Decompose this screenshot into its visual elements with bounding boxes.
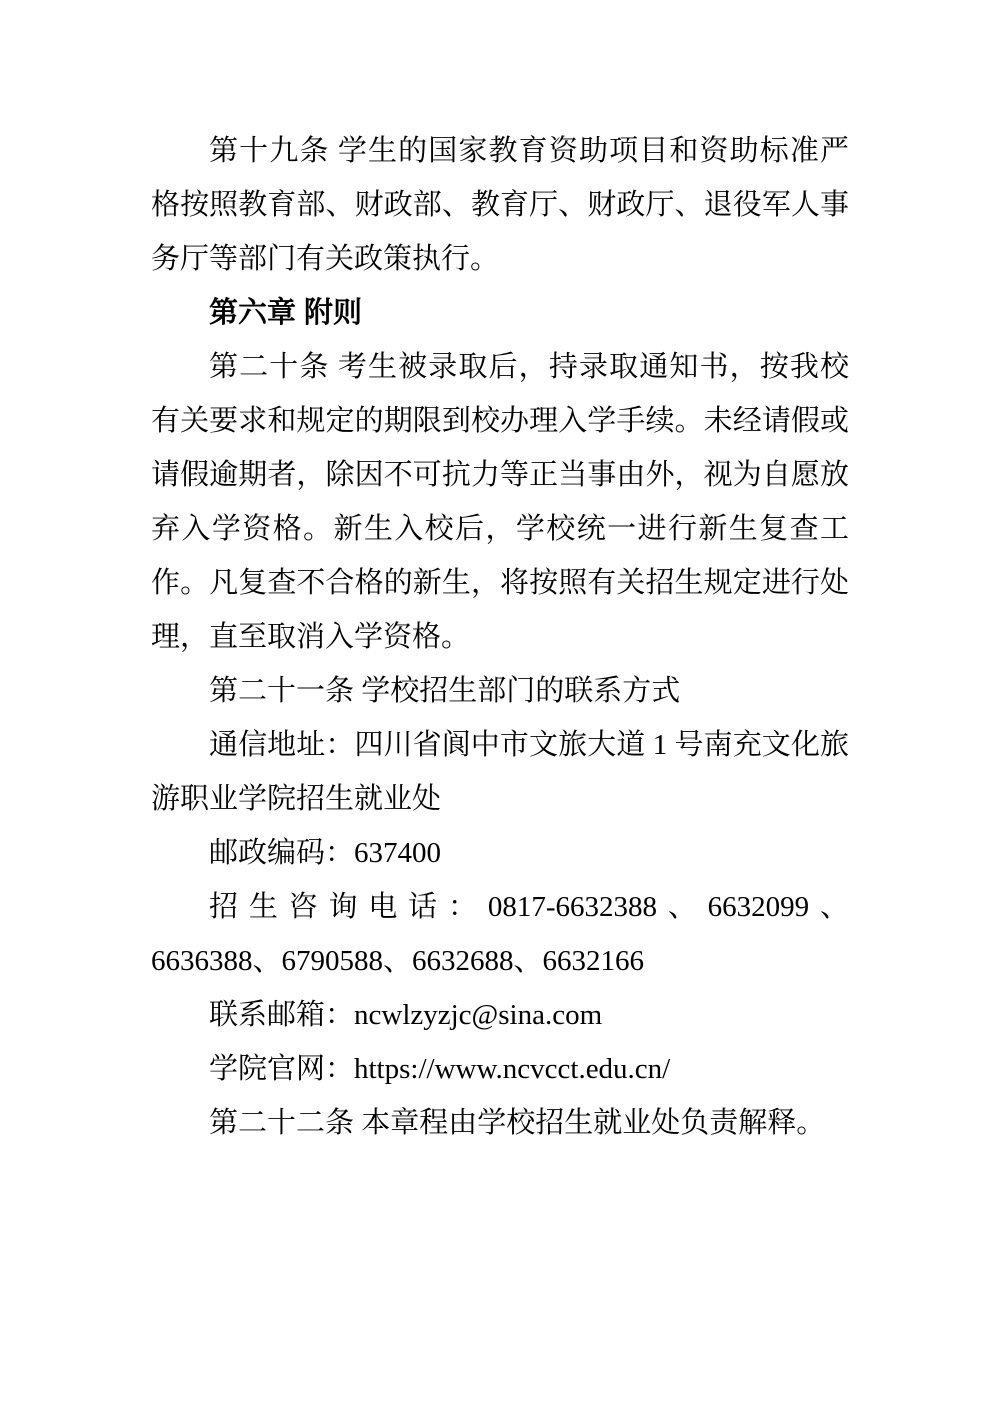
postal-code-paragraph: 邮政编码：637400 [151,826,849,880]
chapter-6-heading: 第六章 附则 [151,286,849,340]
article-22-paragraph: 第二十二条 本章程由学校招生就业处负责解释。 [151,1096,849,1150]
article-19-paragraph: 第十九条 学生的国家教育资助项目和资助标准严格按照教育部、财政部、教育厅、财政厅… [151,124,849,286]
document-page: 第十九条 学生的国家教育资助项目和资助标准严格按照教育部、财政部、教育厅、财政厅… [0,0,1000,1415]
contact-email-paragraph: 联系邮箱：ncwlzyzjc@sina.com [151,988,849,1042]
official-website-paragraph: 学院官网：https://www.ncvcct.edu.cn/ [151,1042,849,1096]
contact-address-paragraph: 通信地址：四川省阆中市文旅大道 1 号南充文化旅游职业学院招生就业处 [151,718,849,826]
document-content: 第十九条 学生的国家教育资助项目和资助标准严格按照教育部、财政部、教育厅、财政厅… [151,124,849,1150]
phone-numbers-paragraph: 招生咨询电话：0817-6632388、6632099、6636388、6790… [151,880,849,988]
article-21-contact-heading: 第二十一条 学校招生部门的联系方式 [151,664,849,718]
article-20-paragraph: 第二十条 考生被录取后，持录取通知书，按我校有关要求和规定的期限到校办理入学手续… [151,340,849,664]
